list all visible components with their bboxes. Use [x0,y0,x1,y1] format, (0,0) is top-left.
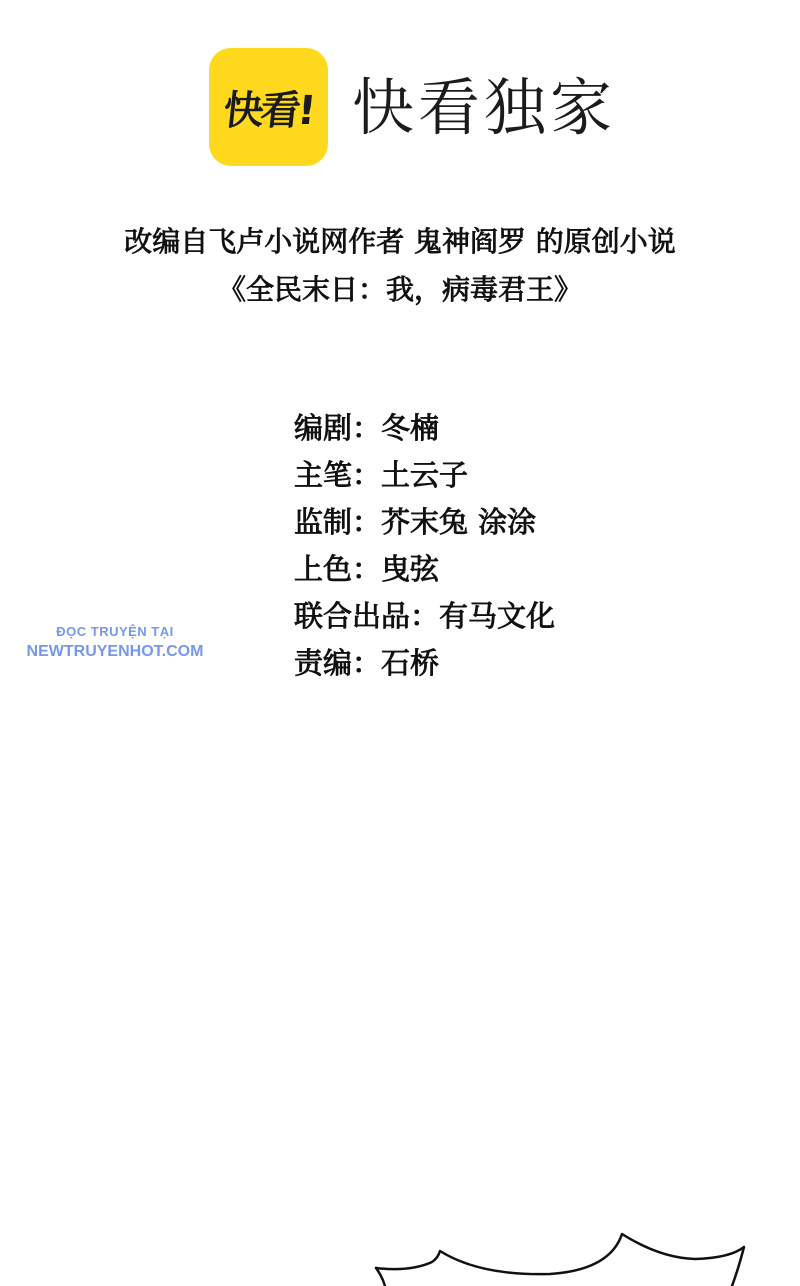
watermark: ĐỌC TRUYỆN TẠI NEWTRUYENHOT.COM [10,623,220,663]
logo-icon-text: 快看! [221,79,316,136]
novel-title: 《全民末日：我，病毒君王》 [0,270,800,310]
staff-editor: 责编：石桥 [294,640,555,687]
kuaikan-logo-icon: 快看! [209,48,328,166]
watermark-bottom: NEWTRUYENHOT.COM [10,641,220,663]
logo-title: 快看独家 [352,70,616,146]
staff-supervisor: 监制：芥末兔 涂涂 [294,499,555,546]
staff-screenwriter: 编剧：冬楠 [294,405,555,452]
staff-colorist: 上色：曳弦 [294,546,555,593]
adaptation-credit: 改编自飞卢小说网作者 鬼神阎罗 的原创小说 [0,222,800,262]
staff-list: 编剧：冬楠 主笔：土云子 监制：芥末兔 涂涂 上色：曳弦 联合出品：有马文化 责… [294,405,555,687]
speech-bubble-outline [360,1210,760,1286]
staff-co-producer: 联合出品：有马文化 [294,593,555,640]
watermark-top: ĐỌC TRUYỆN TẠI [10,623,220,641]
staff-lead-artist: 主笔：土云子 [294,452,555,499]
